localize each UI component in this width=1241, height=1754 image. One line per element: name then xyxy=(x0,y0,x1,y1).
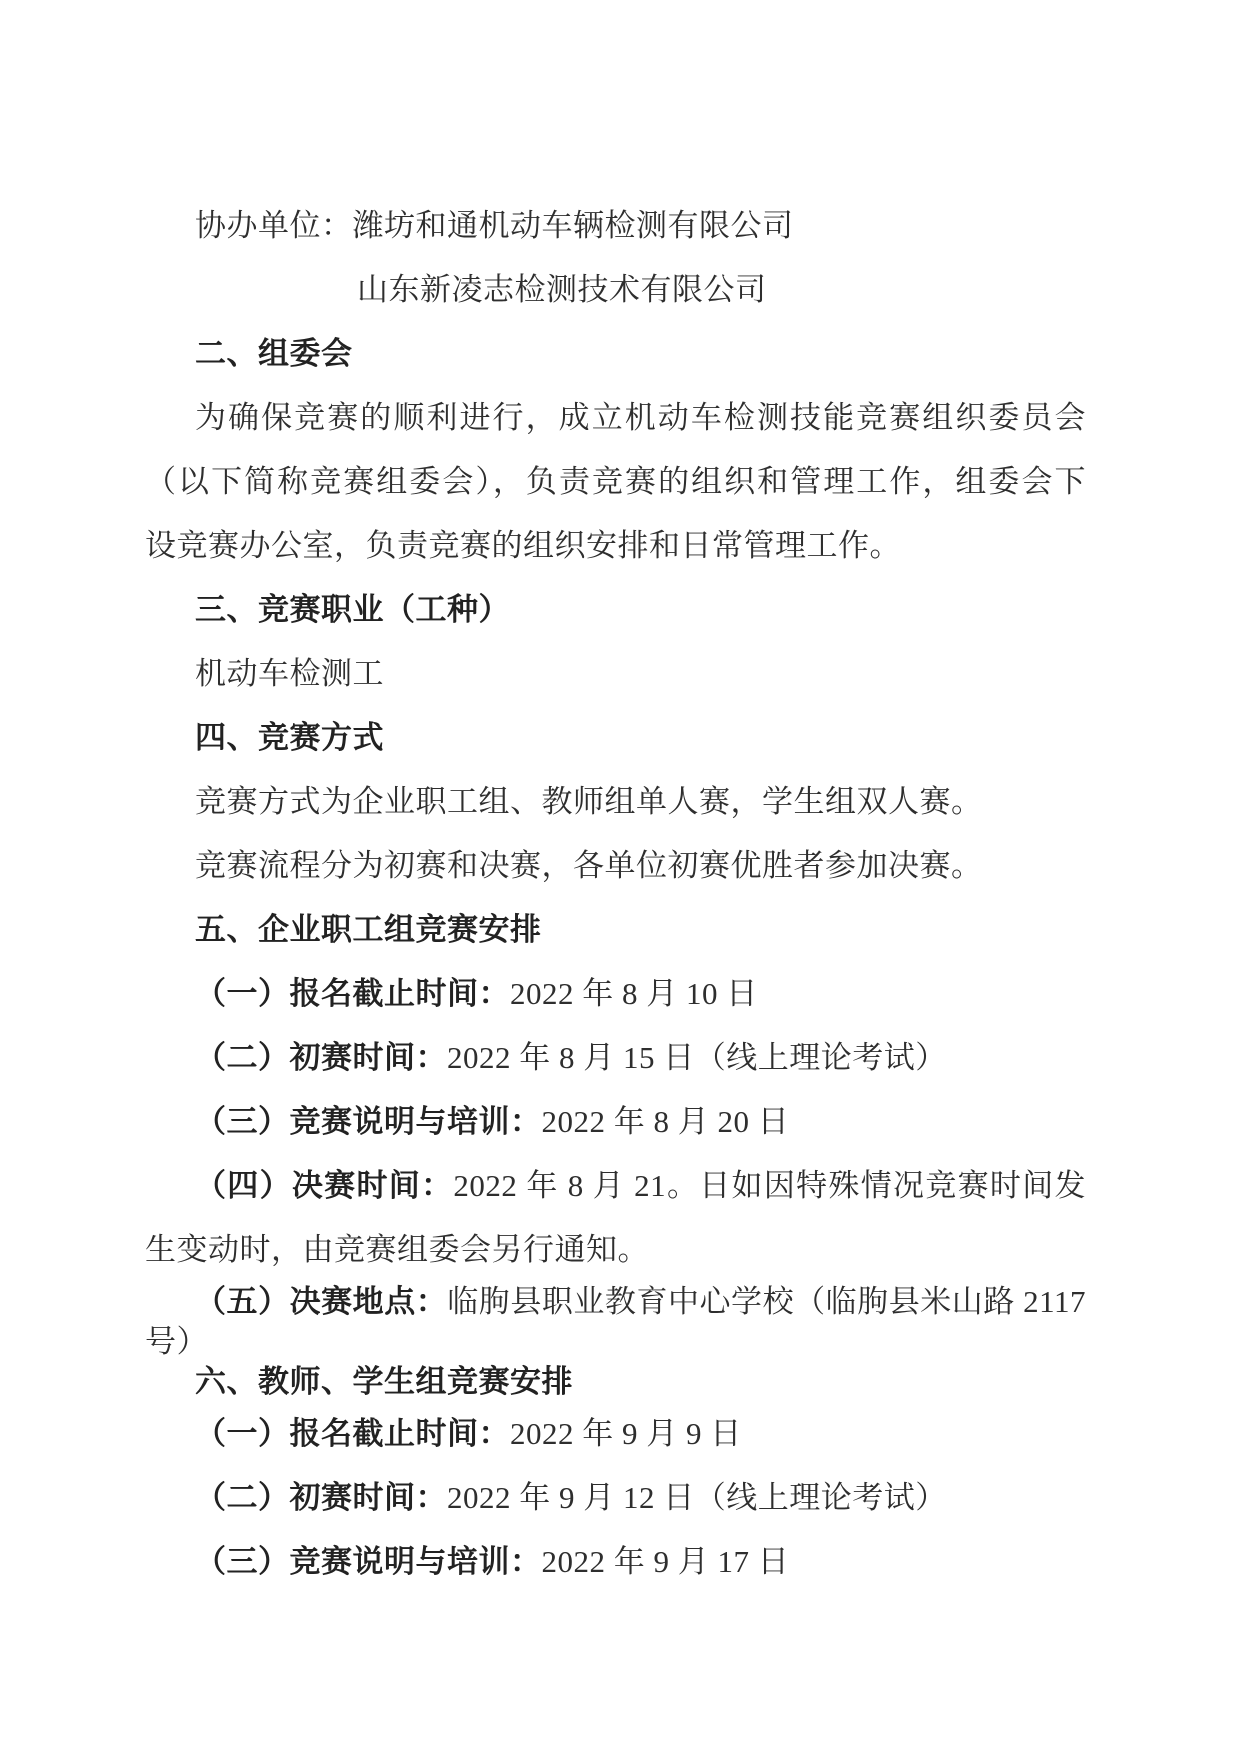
document-line: 机动车检测工 xyxy=(145,657,1086,691)
line-text: 竞赛流程分为初赛和决赛，各单位初赛优胜者参加决赛。 xyxy=(195,848,983,883)
line-label: 二、组委会 xyxy=(195,336,353,371)
line-text: 2022 年 9 月 17 日 xyxy=(542,1544,790,1579)
line-label: （三）竞赛说明与培训： xyxy=(195,1544,542,1579)
document-body: 协办单位：潍坊和通机动车辆检测有限公司山东新凌志检测技术有限公司二、组委会为确保… xyxy=(145,0,1086,1579)
document-line: 五、企业职工组竞赛安排 xyxy=(145,913,1086,947)
line-label: （三）竞赛说明与培训： xyxy=(195,1104,542,1139)
document-line: 四、竞赛方式 xyxy=(145,721,1086,755)
line-text: 2022 年 8 月 20 日 xyxy=(542,1104,790,1139)
document-line: 生变动时，由竞赛组委会另行通知。 xyxy=(145,1233,1086,1267)
line-text: 竞赛方式为企业职工组、教师组单人赛，学生组双人赛。 xyxy=(195,784,983,819)
line-label: （一）报名截止时间： xyxy=(195,976,510,1011)
document-line: 二、组委会 xyxy=(145,337,1086,371)
line-text: 临朐县职业教育中心学校（临朐县米山路 2117 xyxy=(447,1284,1086,1319)
document-line: 竞赛方式为企业职工组、教师组单人赛，学生组双人赛。 xyxy=(145,785,1086,819)
line-text: 2022 年 8 月 15 日（线上理论考试） xyxy=(447,1040,947,1075)
document-line: （一）报名截止时间：2022 年 9 月 9 日 xyxy=(145,1417,1086,1451)
document-line: （三）竞赛说明与培训：2022 年 9 月 17 日 xyxy=(145,1545,1086,1579)
document-line: 六、教师、学生组竞赛安排 xyxy=(145,1365,1086,1399)
line-label: （二）初赛时间： xyxy=(195,1040,447,1075)
line-label: 三、竞赛职业（工种） xyxy=(195,592,510,627)
document-line: （三）竞赛说明与培训：2022 年 8 月 20 日 xyxy=(145,1105,1086,1139)
line-label: （一）报名截止时间： xyxy=(195,1416,510,1451)
document-line: 三、竞赛职业（工种） xyxy=(145,593,1086,627)
line-text: 为确保竞赛的顺利进行，成立机动车检测技能竞赛组织委员会 xyxy=(195,400,1086,435)
document-line: 设竞赛办公室，负责竞赛的组织安排和日常管理工作。 xyxy=(145,529,1086,563)
document-line: 号） xyxy=(145,1325,1086,1359)
document-line: （二）初赛时间：2022 年 9 月 12 日（线上理论考试） xyxy=(145,1481,1086,1515)
line-label: （四）决赛时间： xyxy=(195,1168,453,1203)
line-text: 号） xyxy=(145,1324,208,1359)
document-line: 为确保竞赛的顺利进行，成立机动车检测技能竞赛组织委员会 xyxy=(145,401,1086,435)
line-text: 机动车检测工 xyxy=(195,656,384,691)
line-text: 生变动时，由竞赛组委会另行通知。 xyxy=(145,1232,649,1267)
document-line: （一）报名截止时间：2022 年 8 月 10 日 xyxy=(145,977,1086,1011)
line-label: 四、竞赛方式 xyxy=(195,720,384,755)
document-line: （五）决赛地点：临朐县职业教育中心学校（临朐县米山路 2117 xyxy=(145,1285,1086,1319)
line-text: 2022 年 8 月 10 日 xyxy=(510,976,758,1011)
line-text: 山东新凌志检测技术有限公司 xyxy=(357,272,767,307)
line-text: 2022 年 9 月 12 日（线上理论考试） xyxy=(447,1480,947,1515)
line-label: 五、企业职工组竞赛安排 xyxy=(195,912,542,947)
document-line: 山东新凌志检测技术有限公司 xyxy=(145,273,1086,307)
document-line: 竞赛流程分为初赛和决赛，各单位初赛优胜者参加决赛。 xyxy=(145,849,1086,883)
document-page: 协办单位：潍坊和通机动车辆检测有限公司山东新凌志检测技术有限公司二、组委会为确保… xyxy=(0,0,1241,1754)
document-line: 协办单位：潍坊和通机动车辆检测有限公司 xyxy=(145,209,1086,243)
line-text: 设竞赛办公室，负责竞赛的组织安排和日常管理工作。 xyxy=(145,528,901,563)
line-text: 2022 年 9 月 9 日 xyxy=(510,1416,742,1451)
line-label: 六、教师、学生组竞赛安排 xyxy=(195,1364,573,1399)
document-line: （二）初赛时间：2022 年 8 月 15 日（线上理论考试） xyxy=(145,1041,1086,1075)
line-label: （二）初赛时间： xyxy=(195,1480,447,1515)
line-text: 协办单位：潍坊和通机动车辆检测有限公司 xyxy=(195,208,794,243)
document-line: （以下简称竞赛组委会），负责竞赛的组织和管理工作，组委会下 xyxy=(145,465,1086,499)
line-label: （五）决赛地点： xyxy=(195,1284,447,1319)
document-line: （四）决赛时间：2022 年 8 月 21。日如因特殊情况竞赛时间发 xyxy=(145,1169,1086,1203)
line-text: 2022 年 8 月 21。日如因特殊情况竞赛时间发 xyxy=(453,1168,1086,1203)
line-text: （以下简称竞赛组委会），负责竞赛的组织和管理工作，组委会下 xyxy=(145,464,1086,499)
